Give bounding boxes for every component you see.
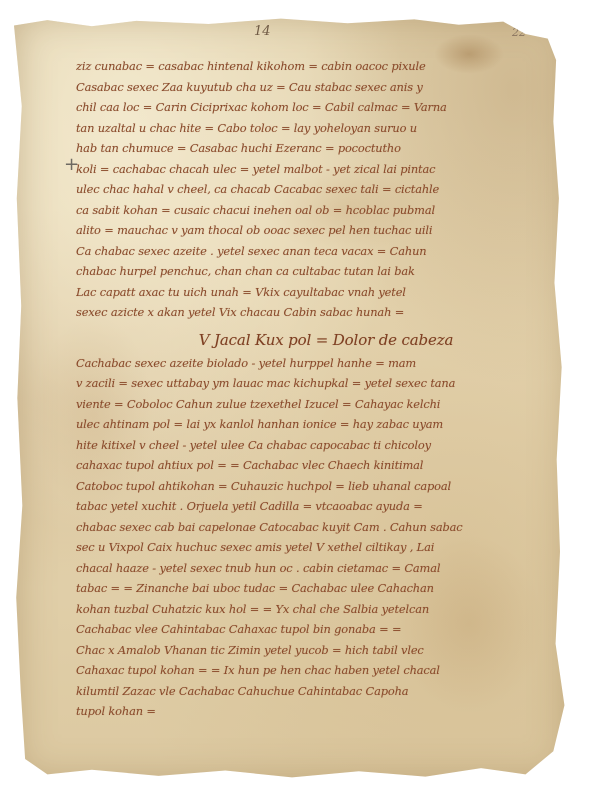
text-line: ca sabit kohan = cusaic chacui inehen oa… (76, 200, 536, 221)
text-line: Casabac sexec Zaa kuyutub cha uz = Cau s… (76, 77, 536, 98)
text-line: Ca chabac sexec azeite . yetel sexec ana… (76, 241, 536, 262)
text-line: Chac x Amalob Vhanan tic Zimin yetel yuc… (76, 640, 536, 661)
text-line: ziz cunabac = casabac hintenal kikohom =… (76, 56, 536, 77)
text-line: ulec ahtinam pol = lai yx kanlol hanhan … (76, 414, 536, 435)
text-line: viente = Coboloc Cahun zulue tzexethel I… (76, 394, 536, 415)
text-line: alito = mauchac v yam thocal ob ooac sex… (76, 220, 536, 241)
manuscript-page: 14 22 + ziz cunabac = casabac hintenal k… (14, 14, 570, 782)
text-line: Catoboc tupol ahtikohan = Cuhauzic huchp… (76, 476, 536, 497)
text-line: sexec azicte x akan yetel Vix chacau Cab… (76, 302, 536, 323)
text-line: chacal haaze - yetel sexec tnub hun oc .… (76, 558, 536, 579)
text-line: sec u Vixpol Caix huchuc sexec amis yete… (76, 537, 536, 558)
text-line: koli = cachabac chacah ulec = yetel malb… (76, 159, 536, 180)
text-line: tupol kohan = (76, 701, 536, 722)
text-line: Cachabac vlee Cahintabac Cahaxac tupol b… (76, 619, 536, 640)
text-line: Lac capatt axac tu uich unah = Vkix cayu… (76, 282, 536, 303)
text-line: chil caa loc = Carin Ciciprixac kohom lo… (76, 97, 536, 118)
text-line: cahaxac tupol ahtiux pol = = Cachabac vl… (76, 455, 536, 476)
text-line: v zacili = sexec uttabay ym lauac mac ki… (76, 373, 536, 394)
text-line: tabac yetel xuchit . Orjuela yetil Cadil… (76, 496, 536, 517)
text-line: Cahaxac tupol kohan = = Ix hun pe hen ch… (76, 660, 536, 681)
text-line: Cachabac sexec azeite biolado - yetel hu… (76, 353, 536, 374)
manuscript-text: ziz cunabac = casabac hintenal kikohom =… (76, 56, 536, 722)
text-line: ulec chac hahal v cheel, ca chacab Cacab… (76, 179, 536, 200)
section-1: ziz cunabac = casabac hintenal kikohom =… (76, 56, 536, 323)
text-line: hite kitixel v cheel - yetel ulee Ca cha… (76, 435, 536, 456)
text-line: kohan tuzbal Cuhatzic kux hol = = Yx cha… (76, 599, 536, 620)
section-2: Cachabac sexec azeite biolado - yetel hu… (76, 353, 536, 722)
section-heading: V Jacal Kux pol = Dolor de cabeza (76, 327, 536, 353)
text-line: chabac sexec cab bai capelonae Catocabac… (76, 517, 536, 538)
text-line: chabac hurpel penchuc, chan chan ca cult… (76, 261, 536, 282)
text-line: hab tan chumuce = Casabac huchi Ezeranc … (76, 138, 536, 159)
text-line: tabac = = Zinanche bai uboc tudac = Cach… (76, 578, 536, 599)
text-line: kilumtil Zazac vle Cachabac Cahuchue Cah… (76, 681, 536, 702)
text-line: tan uzaltal u chac hite = Cabo toloc = l… (76, 118, 536, 139)
page-number: 14 (254, 24, 271, 39)
folio-number: 22 (512, 26, 526, 39)
